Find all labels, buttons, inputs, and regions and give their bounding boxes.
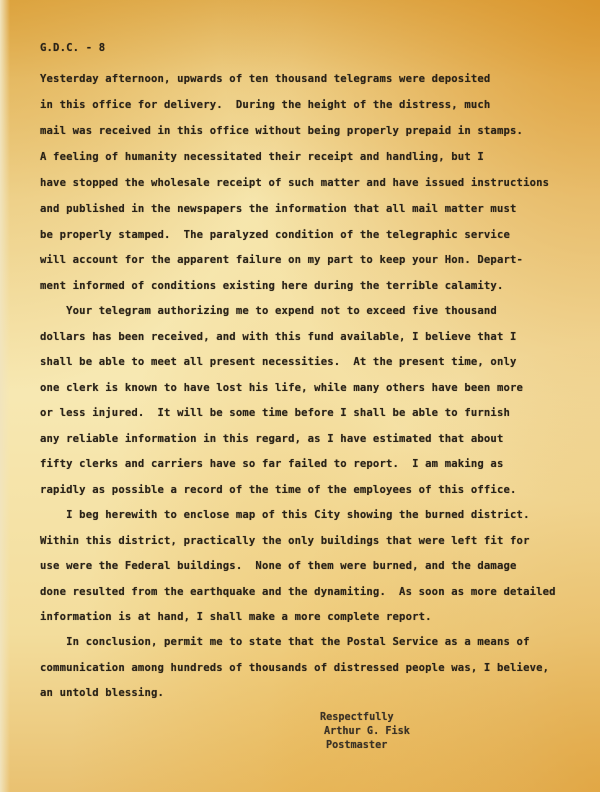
text-line: ment informed of conditions existing her… bbox=[40, 280, 504, 293]
text-line: A feeling of humanity necessitated their… bbox=[40, 151, 484, 164]
text-line: will account for the apparent failure on… bbox=[40, 254, 523, 267]
signature-closing: Respectfully bbox=[320, 711, 394, 725]
text-line: mail was received in this office without… bbox=[40, 125, 523, 138]
text-line: any reliable information in this regard,… bbox=[40, 433, 504, 446]
text-line: be properly stamped. The paralyzed condi… bbox=[40, 229, 510, 242]
document-page: G.D.C. - 8 Yesterday afternoon, upwards … bbox=[0, 0, 600, 792]
text-line: Within this district, practically the on… bbox=[40, 535, 530, 548]
text-line: I beg herewith to enclose map of this Ci… bbox=[40, 509, 530, 522]
text-line: Yesterday afternoon, upwards of ten thou… bbox=[40, 73, 490, 86]
text-line: one clerk is known to have lost his life… bbox=[40, 382, 523, 395]
text-line: fifty clerks and carriers have so far fa… bbox=[40, 458, 504, 471]
page-edge bbox=[0, 0, 10, 792]
text-line: shall be able to meet all present necess… bbox=[40, 356, 517, 369]
text-line: an untold blessing. bbox=[40, 687, 164, 700]
signature-title: Postmaster bbox=[326, 739, 387, 753]
text-line: rapidly as possible a record of the time… bbox=[40, 484, 517, 497]
text-line: done resulted from the earthquake and th… bbox=[40, 586, 556, 599]
text-line: have stopped the wholesale receipt of su… bbox=[40, 177, 549, 190]
text-line: and published in the newspapers the info… bbox=[40, 203, 517, 216]
text-line: in this office for delivery. During the … bbox=[40, 99, 490, 112]
signature-name: Arthur G. Fisk bbox=[324, 725, 410, 739]
text-line: dollars has been received, and with this… bbox=[40, 331, 517, 344]
text-line: In conclusion, permit me to state that t… bbox=[40, 636, 530, 649]
text-line: or less injured. It will be some time be… bbox=[40, 407, 510, 420]
text-line: Your telegram authorizing me to expend n… bbox=[40, 305, 497, 318]
page-header: G.D.C. - 8 bbox=[40, 42, 105, 55]
text-line: communication among hundreds of thousand… bbox=[40, 662, 549, 675]
text-line: use were the Federal buildings. None of … bbox=[40, 560, 517, 573]
text-line: information is at hand, I shall make a m… bbox=[40, 611, 432, 624]
